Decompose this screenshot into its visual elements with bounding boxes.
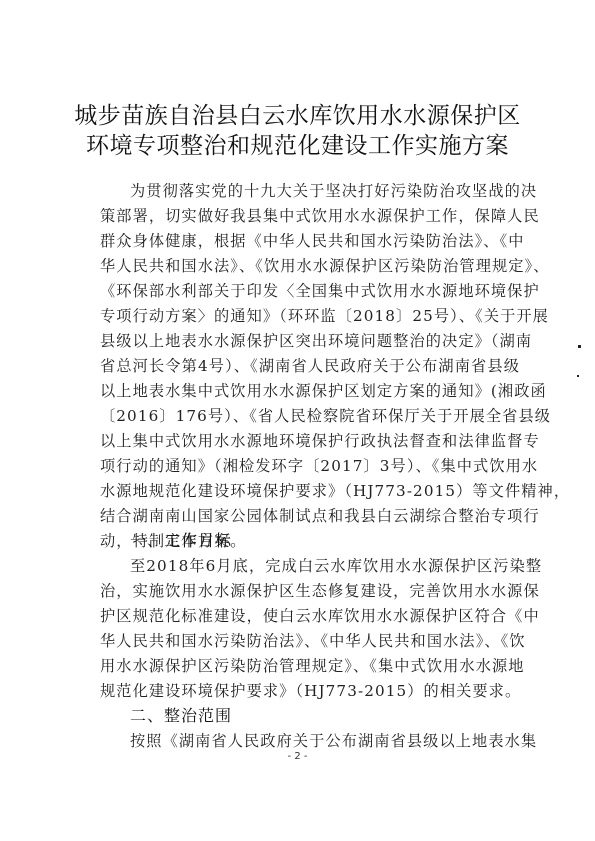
text-line: 结合湖南南山国家公园体制试点和我县白云湖综合整治专项行 xyxy=(100,505,520,527)
text-line: 为贯彻落实党的十九大关于坚决打好污染防治攻坚战的决 xyxy=(130,180,520,202)
text-line: 策部署，切实做好我县集中式饮用水水源保护工作，保障人民 xyxy=(100,205,520,227)
scan-artifact-mark xyxy=(577,375,579,377)
text-line: 群众身体健康，根据《中华人民共和国水污染防治法》、《中 xyxy=(100,230,520,252)
section-heading: 二、整治范围 xyxy=(130,705,232,727)
text-line: 以上地表水集中式饮用水水源保护区划定方案的通知》(湘政函 xyxy=(100,380,520,402)
page-number: - 2 - xyxy=(0,751,595,762)
scan-artifact-mark xyxy=(578,345,581,348)
text-line: 按照《湖南省人民政府关于公布湖南省县级以上地表水集 xyxy=(130,730,520,752)
text-line: 省总河长令第4号）、《湖南省人民政府关于公布湖南省县级 xyxy=(100,355,520,377)
text-line: 用水水源保护区污染防治管理规定》、《集中式饮用水水源地 xyxy=(100,655,520,677)
text-line: 华人民共和国水污染防治法》、《中华人民共和国水法》、《饮 xyxy=(100,630,520,652)
section-heading: 一、工作目标 xyxy=(130,530,232,552)
text-line: 《环保部水利部关于印发〈全国集中式饮用水水源地环境保护 xyxy=(100,280,520,302)
text-line: 专项行动方案〉的通知》（环环监〔2018〕25号）、《关于开展 xyxy=(100,305,520,327)
text-line: 至2018年6月底，完成白云水库饮用水水源保护区污染整 xyxy=(130,555,520,577)
text-line: 水源地规范化建设环境保护要求》（HJ773-2015）等文件精神， xyxy=(100,480,520,502)
document-title-line-1: 城步苗族自治县白云水库饮用水水源保护区 xyxy=(0,97,595,130)
text-line: 项行动的通知》（湘检发环字〔2017〕3号）、《集中式饮用水 xyxy=(100,455,520,477)
text-line: 县级以上地表水水源保护区突出环境问题整治的决定》（湖南 xyxy=(100,330,520,352)
text-line: 护区规范化标准建设，使白云水库饮用水水源保护区符合《中 xyxy=(100,605,520,627)
text-line: 治，实施饮用水水源保护区生态修复建设，完善饮用水水源保 xyxy=(100,580,520,602)
text-line: 华人民共和国水法》、《饮用水水源保护区污染防治管理规定》、 xyxy=(100,255,520,277)
text-line: 〔2016〕176号）、《省人民检察院省环保厅关于开展全省县级 xyxy=(100,405,520,427)
text-line: 规范化建设环境保护要求》（HJ773-2015）的相关要求。 xyxy=(100,680,520,702)
document-title-line-2: 环境专项整治和规范化建设工作实施方案 xyxy=(0,127,595,160)
text-line: 以上集中式饮用水水源地环境保护行政执法督查和法律监督专 xyxy=(100,430,520,452)
